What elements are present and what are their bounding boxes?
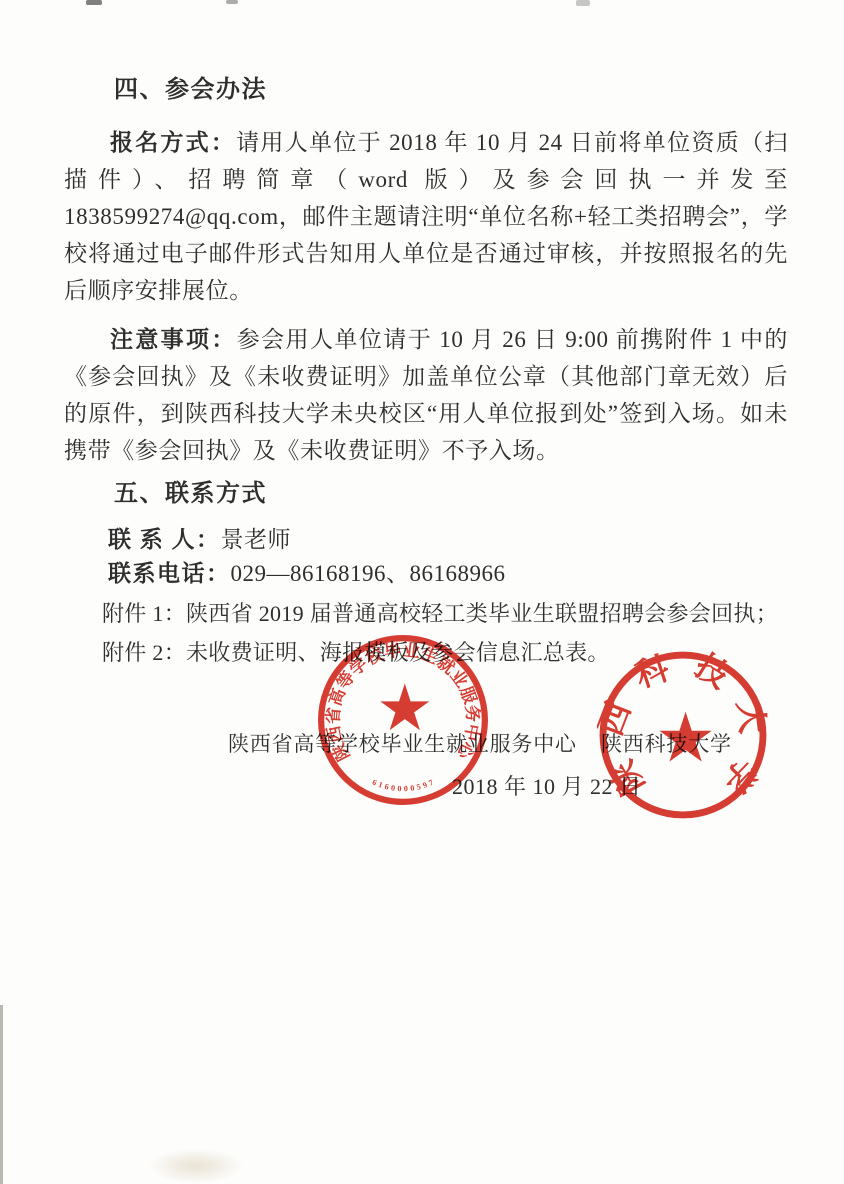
registration-method-text: 请用人单位于 2018 年 10 月 24 日前将单位资质（扫描件）、招聘简章（… — [64, 130, 788, 303]
contact-person-line: 联 系 人：景老师 — [108, 523, 788, 557]
scan-artifact — [226, 0, 238, 4]
scan-artifact — [0, 1005, 3, 1184]
official-seal-right-icon: 陕西科技大学 — [597, 649, 769, 821]
scan-artifact — [576, 0, 590, 6]
contact-person-value: 景老师 — [221, 527, 292, 552]
registration-method-label: 报名方式： — [110, 130, 236, 155]
contact-person-label: 联 系 人： — [108, 527, 221, 552]
scan-artifact — [148, 1148, 244, 1184]
contact-phone-line: 联系电话：029—86168196、86168966 — [108, 557, 788, 591]
contact-phone-value: 029—86168196、86168966 — [231, 561, 506, 586]
registration-method-paragraph: 报名方式：请用人单位于 2018 年 10 月 24 日前将单位资质（扫描件）、… — [64, 124, 788, 309]
section-heading-4: 四、参会办法 — [114, 74, 788, 106]
notes-label: 注意事项： — [110, 327, 237, 352]
scan-artifact — [86, 0, 102, 5]
attachment-1-line: 附件 1：陕西省 2019 届普通高校轻工类毕业生联盟招聘会参会回执； — [102, 597, 788, 630]
notes-paragraph: 注意事项：参会用人单位请于 10 月 26 日 9:00 前携附件 1 中的《参… — [64, 321, 788, 469]
contact-phone-label: 联系电话： — [108, 561, 231, 586]
document-body: 四、参会办法 报名方式：请用人单位于 2018 年 10 月 24 日前将单位资… — [64, 74, 788, 669]
official-seal-left-icon: 陕西省高等学校毕业生就业服务中心 616000059786 — [314, 630, 492, 810]
section-heading-5: 五、联系方式 — [114, 478, 788, 510]
scanned-notice-page: 四、参会办法 报名方式：请用人单位于 2018 年 10 月 24 日前将单位资… — [0, 0, 844, 1184]
